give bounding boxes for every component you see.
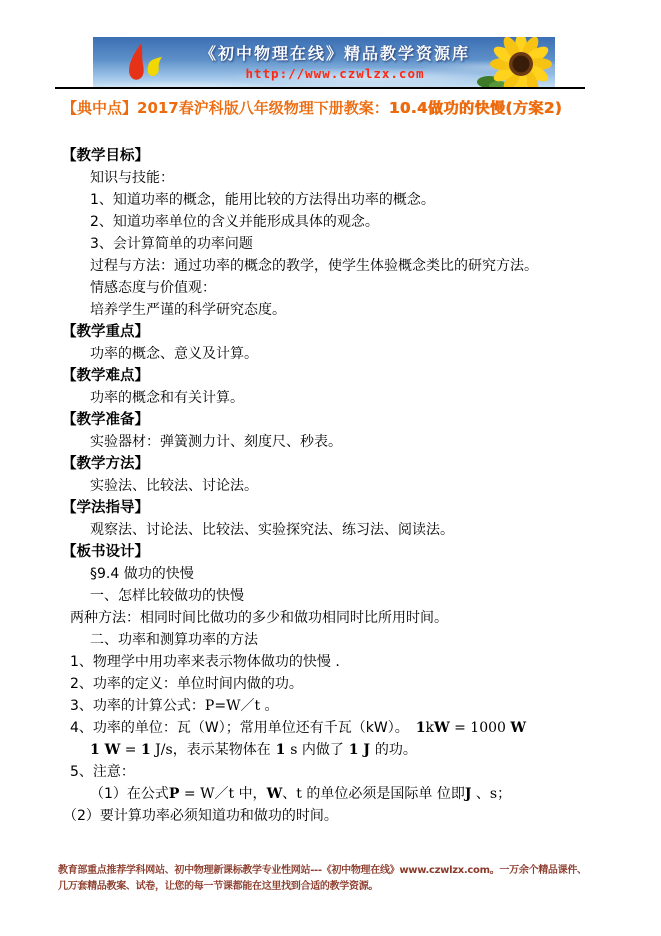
paragraph: 二、功率和测算功率的方法 — [62, 629, 607, 651]
header-divider-line — [55, 87, 585, 89]
paragraph: §9.4 做功的快慢 — [62, 563, 607, 585]
footer-line-1: 教育部重点推荐学科网站、初中物理新课标教学专业性网站---《初中物理在线》www… — [58, 863, 608, 879]
paragraph: 2、功率的定义：单位时间内做的功。 — [62, 673, 607, 695]
document-body: 【教学目标】知识与技能：1、知道功率的概念，能用比较的方法得出功率的概念。2、知… — [62, 145, 607, 827]
paragraph: 情感态度与价值观： — [62, 277, 607, 299]
paragraph: 4、功率的单位：瓦（W）；常用单位还有千瓦（kW）。 1kW = 1000 W — [62, 717, 607, 739]
paragraph: 观察法、讨论法、比较法、实验探究法、练习法、阅读法。 — [62, 519, 607, 541]
paragraph: 2、知道功率单位的含义并能形成具体的观念。 — [62, 211, 607, 233]
page-footer: 教育部重点推荐学科网站、初中物理新课标教学专业性网站---《初中物理在线》www… — [58, 863, 608, 894]
section-heading-methods: 【教学方法】 — [62, 453, 607, 475]
paragraph: 两种方法：相同时间比做功的多少和做功相同时比所用时间。 — [62, 607, 607, 629]
section-heading-difficulties: 【教学难点】 — [62, 365, 607, 387]
paragraph: 知识与技能： — [62, 167, 607, 189]
paragraph: 一、怎样比较做功的快慢 — [62, 585, 607, 607]
banner-text-block: 《初中物理在线》精品教学资源库 http://www.czwlzx.com — [185, 41, 485, 81]
paragraph: 1、物理学中用功率来表示物体做功的快慢 . — [62, 651, 607, 673]
paragraph: 1、知道功率的概念，能用比较的方法得出功率的概念。 — [62, 189, 607, 211]
section-heading-key-points: 【教学重点】 — [62, 321, 607, 343]
site-logo-icon — [121, 42, 169, 87]
paragraph: 3、功率的计算公式：P=W／t 。 — [62, 695, 607, 717]
paragraph: 实验器材：弹簧测力计、刻度尺、秒表。 — [62, 431, 607, 453]
paragraph: 功率的概念和有关计算。 — [62, 387, 607, 409]
section-heading-preparation: 【教学准备】 — [62, 409, 607, 431]
site-url: http://www.czwlzx.com — [185, 66, 485, 81]
paragraph: （1）在公式P = W／t 中，W、t 的单位必须是国际单 位即J 、s； — [62, 783, 607, 805]
document-page: 《初中物理在线》精品教学资源库 http://www.czwlzx.com — [0, 0, 661, 936]
section-heading-guidance: 【学法指导】 — [62, 497, 607, 519]
paragraph: 3、会计算简单的功率问题 — [62, 233, 607, 255]
footer-line-2: 几万套精品教案、试卷，让您的每一节课都能在这里找到合适的教学资源。 — [58, 879, 608, 895]
paragraph: 实验法、比较法、讨论法。 — [62, 475, 607, 497]
section-heading-board-design: 【板书设计】 — [62, 541, 607, 563]
paragraph: 1 W = 1 J/s，表示某物体在 1 s 内做了 1 J 的功。 — [62, 739, 607, 761]
doc-title: 【典中点】2017春沪科版八年级物理下册教案：10.4做功的快慢(方案2) — [62, 97, 607, 119]
paragraph: （2）要计算功率必须知道功和做功的时间。 — [62, 805, 607, 827]
paragraph: 5、注意： — [62, 761, 607, 783]
paragraph: 功率的概念、意义及计算。 — [62, 343, 607, 365]
sunflower-icon — [475, 37, 553, 87]
paragraph: 培养学生严谨的科学研究态度。 — [62, 299, 607, 321]
section-heading-objectives: 【教学目标】 — [62, 145, 607, 167]
paragraph: 过程与方法：通过功率的概念的教学，使学生体验概念类比的研究方法。 — [62, 255, 607, 277]
site-title: 《初中物理在线》精品教学资源库 — [185, 41, 485, 64]
site-banner-image: 《初中物理在线》精品教学资源库 http://www.czwlzx.com — [93, 37, 555, 87]
